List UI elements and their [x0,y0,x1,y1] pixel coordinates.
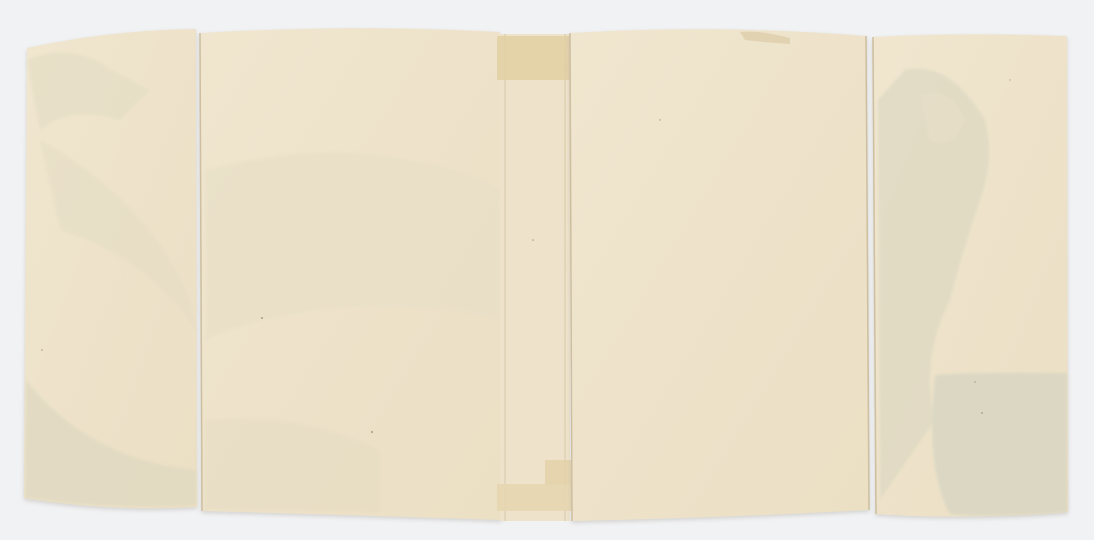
right-flap [873,34,1068,516]
tape-top [497,36,575,80]
dust-jacket-photo [0,0,1094,540]
photo-scene: Blank cream paper dust jacket laid flat … [0,0,1094,540]
back-panel [200,28,502,520]
front-panel [570,29,869,521]
left-flap [24,29,197,508]
